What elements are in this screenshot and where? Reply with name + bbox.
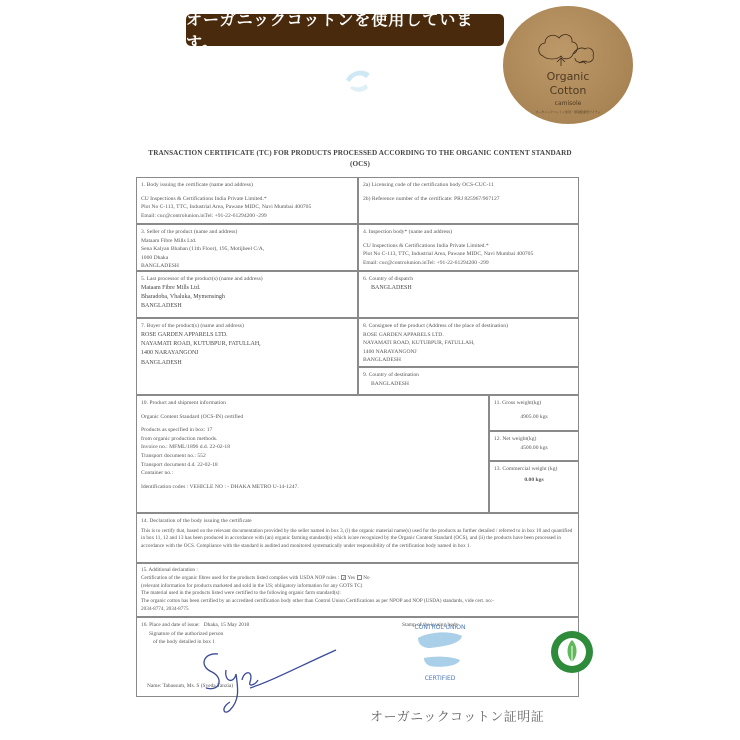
box-2b-label: 2b) Reference number of the certificate:…: [363, 195, 574, 204]
box-4-label: 4. Inspection body* (name and address): [363, 228, 574, 237]
box-15-additional-declaration: 15. Additional declaration : Certificati…: [136, 563, 579, 617]
box-10-line: Products as specified in box: 17: [141, 426, 484, 435]
box-14-label: 14. Declaration of the body issuing the …: [141, 517, 574, 526]
box-4-line: Plot No C-113, TTC, Industrial Area, Paw…: [363, 250, 574, 259]
box-8-line: NAYAMATI ROAD, KUTUBPUR, FATULLAH,: [363, 339, 574, 348]
box-7-line: ROSE GARDEN APPARELS LTD.: [141, 331, 353, 340]
box-1-line: CU Inspections & Certifications India Pr…: [141, 195, 353, 204]
box-10-label: 10. Product and shipment information: [141, 399, 484, 408]
box-10-line: from organic production methods.: [141, 435, 484, 444]
box-10-line: Container no.:: [141, 469, 484, 478]
box-10-identification: Identification codes : VEHICLE NO : - DH…: [141, 483, 484, 492]
control-union-watermark-icon: [340, 64, 376, 100]
box-10-standard: Organic Content Standard (OCS-IN) certif…: [141, 413, 484, 422]
box-10-product-shipment: 10. Product and shipment information Org…: [136, 395, 489, 513]
box-5-line: Bharadoba, Vhaluka, Mymensingh: [141, 293, 353, 302]
no-label: No: [363, 575, 369, 581]
signature-icon: [190, 640, 340, 730]
box-4-inspection-body: 4. Inspection body* (name and address) C…: [358, 224, 579, 271]
box-7-line: 1400 NARAYANGONJ: [141, 349, 353, 358]
badge-line-1: Organic: [503, 70, 633, 83]
badge-line-2: Cotton: [503, 84, 633, 97]
box-15-usda-line: Certification of the organic fibres used…: [141, 575, 574, 583]
box-6-label: 6. Country of dispatch: [363, 275, 574, 284]
yes-checkbox: ✓: [341, 575, 346, 580]
box-4-line: CU Inspections & Certifications India Pr…: [363, 242, 574, 251]
box-3-line: 1000 Dhaka: [141, 254, 353, 263]
box-6-country-dispatch: 6. Country of dispatch BANGLADESH: [358, 271, 579, 318]
box-7-label: 7. Buyer of the product(s) (name and add…: [141, 322, 353, 331]
box-9-value: BANGLADESH: [363, 380, 574, 389]
box-1-line: Plot No C-113, TTC, Industrial Area, Paw…: [141, 203, 353, 212]
box-15-usda-text: Certification of the organic fibres used…: [141, 575, 339, 581]
signature-line-1: Signature of the authorized person: [141, 630, 574, 639]
box-7-line: BANGLADESH: [141, 359, 353, 368]
box-12-value: 4500.00 kgs: [494, 444, 574, 453]
box-3-line: BANGLADESH: [141, 262, 353, 271]
box-2a-label: 2a) Licensing code of the certification …: [363, 181, 574, 190]
box-13-commercial-weight: 13. Commercial weight (kg) 0.00 kgs: [489, 461, 579, 513]
box-13-label: 13. Commercial weight (kg): [494, 465, 574, 474]
box-8-line: 1400 NARAYANGONJ: [363, 348, 574, 357]
box-1-issuing-body: 1. Body issuing the certificate (name an…: [136, 177, 358, 224]
box-7-buyer: 7. Buyer of the product(s) (name and add…: [136, 318, 358, 395]
box-10-line: Transport document d.d. 22-02-18: [141, 461, 484, 470]
box-12-label: 12. Net weight(kg): [494, 435, 574, 444]
box-2-licensing: 2a) Licensing code of the certification …: [358, 177, 579, 224]
cotton-flower-icon: [535, 28, 597, 70]
box-10-line: Transport document no.: 552: [141, 452, 484, 461]
box-5-line: Mataam Fibre Mills Ltd.: [141, 284, 353, 293]
box-16-label: 16. Place and date of issue:: [141, 622, 200, 628]
box-1-line: Email: cuc@controlunion.inTel: +91-22-61…: [141, 212, 353, 221]
box-7-line: NAYAMATI ROAD, KUTUBPUR, FATULLAH,: [141, 340, 353, 349]
box-10-line: Invoice no.: MFML/1896 d.d. 22-02-18: [141, 443, 484, 452]
organic-cotton-banner: オーガニックコットンを使用しています。: [186, 14, 504, 46]
organic-cotton-badge: Organic Cotton camisole オーガニックコットン使用・環境配…: [503, 6, 633, 124]
svg-text:CERTIFIED: CERTIFIED: [425, 675, 456, 682]
box-5-last-processor: 5. Last processor of the product(s) (nam…: [136, 271, 358, 318]
box-5-line: BANGLADESH: [141, 302, 353, 311]
certificate-title: TRANSACTION CERTIFICATE (TC) FOR PRODUCT…: [140, 148, 580, 170]
organic-content-standard-logo-icon: [550, 630, 594, 674]
box-16-place-date-line: 16. Place and date of issue: Dhaka, 15 M…: [141, 621, 574, 630]
box-11-label: 11. Gross weight(kg): [494, 399, 574, 408]
svg-text:CONTROL UNION: CONTROL UNION: [414, 624, 465, 631]
certificate-caption: オーガニックコットン証明証: [370, 706, 544, 725]
box-15-label: 15. Additional declaration :: [141, 567, 574, 575]
box-15-line-4: The organic cotton has been certified by…: [141, 598, 574, 606]
box-6-value: BANGLADESH: [363, 284, 574, 293]
box-8-consignee: 8. Consignee of the product (Address of …: [358, 318, 579, 367]
box-9-country-destination: 9. Country of destination BANGLADESH: [358, 367, 579, 395]
box-14-text: This is to certify that, based on the re…: [141, 528, 574, 551]
box-3-line: Sena Kalyan Bhaban (11th Floor), 195, Mo…: [141, 245, 353, 254]
box-15-line-5: 2034-8774, 2034-8775: [141, 606, 574, 614]
box-1-label: 1. Body issuing the certificate (name an…: [141, 181, 353, 190]
box-4-line: Email: cuc@controlunion.inTel: +91-22-61…: [363, 259, 574, 268]
box-9-label: 9. Country of destination: [363, 371, 574, 380]
box-3-label: 3. Seller of the product (name and addre…: [141, 228, 353, 237]
box-13-value: 0.00 kgs: [494, 476, 574, 485]
badge-line-3: camisole: [503, 100, 633, 107]
no-checkbox: [357, 575, 362, 580]
box-3-seller: 3. Seller of the product (name and addre…: [136, 224, 358, 271]
box-11-gross-weight: 11. Gross weight(kg) 4905.00 kgs: [489, 395, 579, 431]
box-8-line: ROSE GARDEN APPARELS LTD.: [363, 331, 574, 340]
box-11-value: 4905.00 kgs: [494, 413, 574, 422]
badge-line-4: オーガニックコットン使用・環境配慮型アイテム: [521, 110, 615, 114]
box-14-declaration: 14. Declaration of the body issuing the …: [136, 513, 579, 563]
box-16-place-date: Dhaka, 15 May 2018: [204, 622, 250, 628]
yes-label: Yes: [347, 575, 355, 581]
box-12-net-weight: 12. Net weight(kg) 4500.00 kgs: [489, 431, 579, 461]
box-3-line: Mataam Fibre Mills Ltd.: [141, 237, 353, 246]
box-8-line: BANGLADESH: [363, 356, 574, 365]
box-5-label: 5. Last processor of the product(s) (nam…: [141, 275, 353, 284]
box-8-label: 8. Consignee of the product (Address of …: [363, 322, 574, 331]
control-union-certified-stamp-icon: CONTROL UNION CERTIFIED: [400, 620, 480, 686]
